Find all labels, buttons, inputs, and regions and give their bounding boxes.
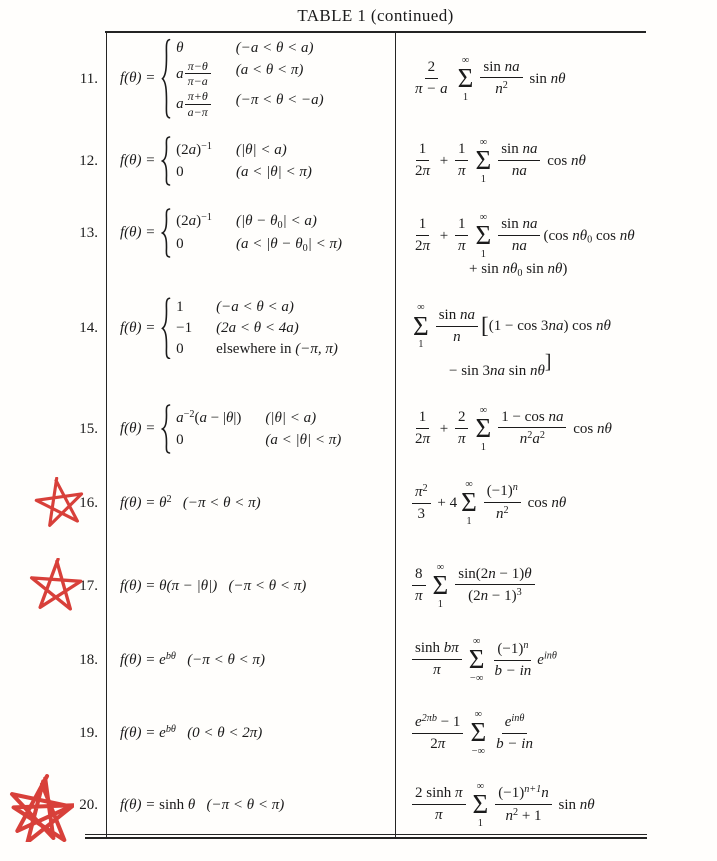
math-text: (a < |θ − θ bbox=[236, 236, 303, 252]
sum-lower-limit: 1 bbox=[481, 442, 486, 454]
superscript: n bbox=[523, 640, 528, 651]
math-text: (−1) bbox=[497, 641, 523, 657]
math-text: (−1) bbox=[498, 785, 524, 801]
superscript: 3 bbox=[517, 587, 522, 598]
math-text: n bbox=[505, 808, 513, 824]
cases: 1(−a < θ < a)−1(2a < θ < 4a)0elsewhere i… bbox=[161, 297, 338, 360]
sigma-icon: Σ bbox=[458, 66, 474, 92]
sum-lower-limit: 1 bbox=[418, 339, 423, 351]
math-text: 2 bbox=[415, 238, 423, 254]
fraction: einθb − in bbox=[493, 712, 536, 754]
math-text: n bbox=[453, 329, 461, 345]
math-text: na bbox=[512, 163, 527, 179]
math-text: nθ bbox=[596, 318, 611, 334]
case-value: (2a)−1 bbox=[176, 140, 212, 160]
function-definition-cell: f(θ) = 1(−a < θ < a)−1(2a < θ < 4a)0else… bbox=[107, 297, 395, 360]
numerator: 1 bbox=[416, 215, 430, 236]
math-text: (−a < θ < a) bbox=[216, 299, 294, 315]
math-text: cos bbox=[592, 227, 620, 243]
fraction: (−1)n+1nn2 + 1 bbox=[495, 783, 552, 826]
math-text: e bbox=[159, 725, 166, 741]
math-text: π bbox=[458, 163, 466, 179]
math-text: 0 bbox=[176, 164, 184, 180]
numerator: π+θ bbox=[185, 90, 211, 105]
numerator: 1 bbox=[416, 140, 430, 161]
math-text: (a < |θ| < π) bbox=[265, 432, 341, 448]
case-condition: (|θ| < a) bbox=[236, 140, 312, 160]
math-text: 1 − cos bbox=[501, 409, 548, 425]
math-text: (a < θ < π) bbox=[236, 62, 304, 78]
fraction: sin nana bbox=[498, 215, 540, 256]
numerator: 1 − cos na bbox=[498, 408, 566, 429]
case-value: aπ+θa−π bbox=[176, 90, 212, 120]
case-rows: θ(−a < θ < a)aπ−θπ−a(a < θ < π)aπ+θa−π(−… bbox=[176, 38, 323, 119]
row-number: 19. bbox=[0, 725, 107, 742]
math-text: nθ bbox=[580, 796, 595, 812]
superscript: −1 bbox=[201, 212, 212, 223]
bracket: ] bbox=[545, 352, 552, 373]
table-row: 17.f(θ) = θ(π − |θ|) (−π < θ < π)8π∞Σ1si… bbox=[0, 535, 717, 637]
summation: ∞Σ1 bbox=[433, 562, 449, 611]
denominator: 3 bbox=[415, 504, 429, 525]
cases-brace-icon bbox=[161, 404, 171, 454]
fraction: 8π bbox=[412, 565, 426, 606]
math-text: π bbox=[423, 163, 431, 179]
math-text: |) bbox=[233, 410, 241, 426]
math-text: − | bbox=[207, 410, 226, 426]
case-value: 1 bbox=[176, 297, 192, 317]
math-text: − 1) bbox=[488, 589, 516, 605]
math-text: π+θ bbox=[188, 89, 208, 103]
math-text: (−π < θ < π) bbox=[172, 495, 261, 511]
sigma-icon: Σ bbox=[476, 223, 492, 249]
denominator: na bbox=[509, 161, 530, 182]
scanned-table-page: TABLE 1 (continued) 11.f(θ) = θ(−a < θ <… bbox=[0, 0, 717, 861]
function-definition-cell: f(θ) = ebθ (−π < θ < π) bbox=[107, 651, 395, 669]
cases: (2a)−1(|θ − θ0| < a)0(a < |θ − θ0| < π) bbox=[161, 208, 342, 258]
fraction: 12π bbox=[412, 140, 433, 181]
superscript: −2 bbox=[184, 409, 195, 420]
math-text: + bbox=[436, 227, 452, 243]
case-value: aπ−θπ−a bbox=[176, 60, 212, 90]
sum-lower-limit: 1 bbox=[481, 174, 486, 186]
case-condition: (2a < θ < 4a) bbox=[216, 318, 338, 338]
math-text: ) cos bbox=[563, 318, 596, 334]
math-text: na bbox=[512, 238, 527, 254]
denominator: π bbox=[430, 660, 444, 681]
math-text: θ bbox=[159, 495, 166, 511]
case-condition: (−π < θ < −a) bbox=[236, 90, 324, 120]
red-star-icon bbox=[34, 477, 86, 529]
function-definition-cell: f(θ) = θ(π − |θ|) (−π < θ < π) bbox=[107, 578, 395, 595]
math-text: 2 bbox=[428, 59, 436, 75]
row-number: 14. bbox=[0, 320, 107, 337]
denominator: 2π bbox=[412, 429, 433, 450]
row-number: 18. bbox=[0, 652, 107, 669]
sum-lower-limit: 1 bbox=[481, 249, 486, 261]
fraction: (−1)nb − in bbox=[492, 639, 535, 681]
math-text: na bbox=[522, 216, 537, 232]
math-text: cos bbox=[569, 420, 597, 436]
denominator: π bbox=[432, 805, 446, 826]
case-value: 0 bbox=[176, 162, 212, 182]
fourier-series-cell: 2π − a∞Σ1sin nan2 sin nθ bbox=[395, 55, 717, 104]
case-condition: elsewhere in (−π, π) bbox=[216, 339, 338, 359]
math-text: θ bbox=[524, 566, 531, 582]
math-text: nθ bbox=[551, 494, 566, 510]
math-text: + bbox=[436, 152, 452, 168]
case-condition: (a < |θ| < π) bbox=[236, 162, 312, 182]
math-text: θ bbox=[176, 40, 183, 56]
table-row: 15.f(θ) = a−2(a − |θ|)(|θ| < a)0(a < |θ|… bbox=[0, 387, 717, 471]
math-text: 1 bbox=[419, 216, 427, 232]
denominator: 2π bbox=[427, 734, 448, 755]
math-text: π bbox=[415, 588, 423, 604]
math-text: f(θ) = bbox=[120, 578, 159, 594]
math-text: π bbox=[438, 736, 446, 752]
math-text: π bbox=[423, 238, 431, 254]
fraction: π−θπ−a bbox=[185, 60, 211, 90]
case-condition: (a < θ < π) bbox=[236, 60, 324, 90]
math-text: (0 < θ < 2π) bbox=[176, 725, 262, 741]
superscript: 2 bbox=[540, 430, 545, 441]
fourier-series-cell: π23 + 4∞Σ1(−1)nn2 cos nθ bbox=[395, 479, 717, 528]
table-row: 13.f(θ) = (2a)−1(|θ − θ0| < a)0(a < |θ −… bbox=[0, 197, 717, 269]
math-text: − 1 bbox=[437, 714, 460, 730]
denominator: π − a bbox=[412, 79, 451, 100]
denominator: n2a2 bbox=[517, 428, 548, 450]
fraction: sinh bππ bbox=[412, 639, 462, 680]
fraction: 12π bbox=[412, 408, 433, 449]
math-text: (2 bbox=[468, 589, 481, 605]
math-text: 8 bbox=[415, 566, 423, 582]
table-row: 14.f(θ) = 1(−a < θ < a)−1(2a < θ < 4a)0e… bbox=[0, 269, 717, 387]
math-text: na bbox=[460, 307, 475, 323]
case-value: a−2(a − |θ|) bbox=[176, 408, 241, 428]
numerator: 2 bbox=[455, 408, 469, 429]
math-text: nθ bbox=[620, 227, 635, 243]
function-definition-cell: f(θ) = ebθ (0 < θ < 2π) bbox=[107, 724, 395, 742]
denominator: 2π bbox=[412, 161, 433, 182]
denominator: π bbox=[412, 586, 426, 607]
case-condition: (|θ| < a) bbox=[265, 408, 341, 428]
case-value: −1 bbox=[176, 318, 192, 338]
math-text: 3 bbox=[418, 506, 426, 522]
math-text: n bbox=[496, 506, 504, 522]
sum-lower-limit: −∞ bbox=[472, 746, 485, 758]
math-text: f(θ) = bbox=[120, 797, 159, 813]
denominator: n2 bbox=[493, 503, 512, 525]
case-rows: (2a)−1(|θ| < a)0(a < |θ| < π) bbox=[176, 140, 312, 182]
fraction: 2π − a bbox=[412, 58, 451, 99]
summation: ∞Σ1 bbox=[458, 55, 474, 104]
math-text: (−π, π) bbox=[295, 341, 338, 357]
denominator: n2 + 1 bbox=[502, 805, 544, 827]
denominator: π−a bbox=[185, 74, 211, 89]
sigma-icon: Σ bbox=[469, 647, 485, 673]
numerator: 2 bbox=[425, 58, 439, 79]
math-text: f(θ) = bbox=[120, 224, 159, 240]
denominator: n2 bbox=[492, 78, 511, 100]
function-definition-cell: f(θ) = θ(−a < θ < a)aπ−θπ−a(a < θ < π)aπ… bbox=[107, 38, 395, 119]
math-text: b − in bbox=[495, 663, 532, 679]
math-text: n bbox=[481, 589, 489, 605]
case-condition: (a < |θ − θ0| < π) bbox=[236, 234, 342, 256]
case-condition: (−a < θ < a) bbox=[236, 38, 324, 58]
summation: ∞Σ−∞ bbox=[470, 709, 486, 758]
numerator: 2 sinh π bbox=[412, 784, 466, 805]
math-text: nθ bbox=[571, 152, 586, 168]
math-text: sin bbox=[505, 363, 530, 379]
function-definition-cell: f(θ) = (2a)−1(|θ − θ0| < a)0(a < |θ − θ0… bbox=[107, 208, 395, 258]
math-text: (−a < θ < a) bbox=[236, 40, 314, 56]
math-text: + 1 bbox=[518, 808, 541, 824]
summation: ∞Σ1 bbox=[413, 302, 429, 351]
summation: ∞Σ1 bbox=[461, 479, 477, 528]
case-rows: (2a)−1(|θ − θ0| < a)0(a < |θ − θ0| < π) bbox=[176, 211, 342, 255]
numerator: 1 bbox=[455, 215, 469, 236]
superscript: inθ bbox=[511, 713, 524, 724]
math-text: (cos bbox=[543, 227, 572, 243]
math-text: + 4 bbox=[434, 494, 457, 510]
sigma-icon: Σ bbox=[461, 490, 477, 516]
math-text: π bbox=[423, 431, 431, 447]
math-text: 2 sinh bbox=[415, 785, 455, 801]
numerator: 8 bbox=[412, 565, 426, 586]
denominator: 2π bbox=[412, 236, 433, 257]
table-bottom-rule-thick bbox=[85, 837, 647, 839]
math-text: 0 bbox=[176, 432, 184, 448]
math-text: a bbox=[176, 410, 184, 426]
sigma-icon: Σ bbox=[433, 573, 449, 599]
fraction: 1π bbox=[455, 140, 469, 181]
cases-brace-icon bbox=[161, 208, 171, 258]
fraction: π+θa−π bbox=[185, 90, 211, 120]
math-text: (2 bbox=[176, 213, 189, 229]
math-text: f(θ) = bbox=[120, 70, 159, 86]
sum-lower-limit: 1 bbox=[478, 818, 483, 830]
math-text: 1 bbox=[458, 216, 466, 232]
math-text: (−π < θ < −a) bbox=[236, 92, 324, 108]
math-text: − 1) bbox=[496, 566, 524, 582]
cases-brace-icon bbox=[161, 136, 171, 186]
math-text: (|θ| < a) bbox=[265, 410, 316, 426]
math-text: | < π) bbox=[308, 236, 342, 252]
math-text: f(θ) = bbox=[120, 152, 159, 168]
math-text: π bbox=[433, 662, 441, 678]
math-text: sinh bbox=[415, 640, 444, 656]
numerator: sin na bbox=[498, 140, 540, 161]
cases: a−2(a − |θ|)(|θ| < a)0(a < |θ| < π) bbox=[161, 404, 341, 454]
math-text: a bbox=[200, 410, 208, 426]
superscript: n bbox=[513, 482, 518, 493]
case-value: θ bbox=[176, 38, 212, 58]
case-condition: (|θ − θ0| < a) bbox=[236, 211, 342, 233]
numerator: 1 bbox=[455, 140, 469, 161]
superscript: 2 bbox=[423, 483, 428, 494]
red-star-icon bbox=[28, 558, 84, 614]
sum-lower-limit: 1 bbox=[463, 92, 468, 104]
table-row: 20.f(θ) = sinh θ (−π < θ < π)2 sinh ππ∞Σ… bbox=[0, 770, 717, 840]
math-text: 1 bbox=[419, 409, 427, 425]
fraction: e2πb − 12π bbox=[412, 712, 463, 754]
math-text: 1 bbox=[176, 299, 184, 315]
math-text: 2 bbox=[415, 163, 423, 179]
math-text: π bbox=[415, 484, 423, 500]
fraction: sin nana bbox=[498, 140, 540, 181]
page-title: TABLE 1 (continued) bbox=[105, 6, 646, 26]
table-row: 12.f(θ) = (2a)−1(|θ| < a)0(a < |θ| < π)1… bbox=[0, 125, 717, 197]
math-text: (|θ| < a) bbox=[236, 142, 287, 158]
superscript: bθ bbox=[166, 724, 176, 735]
math-text: sin(2 bbox=[458, 566, 488, 582]
fourier-series-cell: 12π + 1π∞Σ1sin nana cos nθ bbox=[395, 137, 717, 186]
numerator: sin na bbox=[436, 306, 478, 327]
math-text: 2 bbox=[458, 409, 466, 425]
math-text: n bbox=[488, 566, 496, 582]
math-text: π bbox=[458, 431, 466, 447]
fraction: 12π bbox=[412, 215, 433, 256]
table-bottom-rule-thin bbox=[85, 834, 647, 835]
math-text: (−π < θ < π) bbox=[176, 652, 265, 668]
sigma-icon: Σ bbox=[473, 792, 489, 818]
sigma-icon: Σ bbox=[476, 416, 492, 442]
table-row: 19.f(θ) = ebθ (0 < θ < 2π)e2πb − 12π∞Σ−∞… bbox=[0, 696, 717, 770]
numerator: 1 bbox=[416, 408, 430, 429]
math-text: a bbox=[176, 66, 184, 82]
numerator: (−1)n+1n bbox=[495, 783, 552, 805]
math-text: bπ bbox=[444, 640, 459, 656]
summation: ∞Σ1 bbox=[476, 137, 492, 186]
fraction: (−1)nn2 bbox=[484, 481, 521, 524]
math-text: e bbox=[537, 651, 544, 667]
math-text: b − in bbox=[496, 736, 533, 752]
numerator: (−1)n bbox=[484, 481, 521, 503]
denominator: (2n − 1)3 bbox=[465, 585, 525, 607]
case-condition: (−a < θ < a) bbox=[216, 297, 338, 317]
fraction: 1 − cos nan2a2 bbox=[498, 408, 566, 450]
summation: ∞Σ1 bbox=[476, 212, 492, 261]
math-text: (2a < θ < 4a) bbox=[216, 320, 299, 336]
numerator: e2πb − 1 bbox=[412, 712, 463, 734]
cases-brace-icon bbox=[161, 38, 171, 119]
math-text: a−π bbox=[188, 105, 208, 119]
math-text: sinh bbox=[159, 797, 188, 813]
math-text: π bbox=[435, 807, 443, 823]
math-text: (1 − cos 3 bbox=[489, 318, 549, 334]
denominator: π bbox=[455, 236, 469, 257]
math-text: na bbox=[505, 59, 520, 75]
fraction: sin nan2 bbox=[480, 58, 522, 100]
numerator: sin na bbox=[480, 58, 522, 79]
denominator: b − in bbox=[493, 734, 536, 755]
summation: ∞Σ−∞ bbox=[469, 636, 485, 685]
math-text: (2 bbox=[176, 142, 189, 158]
cases: (2a)−1(|θ| < a)0(a < |θ| < π) bbox=[161, 136, 312, 186]
math-text: na bbox=[490, 363, 505, 379]
fraction: 1π bbox=[455, 215, 469, 256]
superscript: inθ bbox=[544, 650, 557, 661]
math-text: nθ bbox=[530, 363, 545, 379]
math-text: cos bbox=[543, 152, 571, 168]
math-text: n bbox=[541, 785, 549, 801]
sum-lower-limit: 1 bbox=[466, 516, 471, 528]
row-number: 12. bbox=[0, 153, 107, 170]
sigma-icon: Σ bbox=[476, 148, 492, 174]
fourier-series-cell: 12π + 2π∞Σ11 − cos nan2a2 cos nθ bbox=[395, 405, 717, 454]
math-text: a bbox=[176, 96, 184, 112]
math-text: sin bbox=[526, 70, 551, 86]
math-text: f(θ) = bbox=[120, 420, 159, 436]
case-value: 0 bbox=[176, 430, 241, 450]
math-text: sin bbox=[501, 141, 522, 157]
math-text: na bbox=[522, 141, 537, 157]
math-text: π−θ bbox=[188, 59, 208, 73]
case-value: 0 bbox=[176, 234, 212, 256]
math-text: f(θ) = bbox=[120, 652, 159, 668]
superscript: bθ bbox=[166, 651, 176, 662]
fraction: π23 bbox=[412, 482, 431, 524]
numerator: π−θ bbox=[185, 60, 211, 75]
sigma-icon: Σ bbox=[413, 314, 429, 340]
math-text: + bbox=[436, 420, 452, 436]
superscript: 2 bbox=[504, 505, 509, 516]
numerator: π2 bbox=[412, 482, 431, 504]
math-text: 1 bbox=[458, 141, 466, 157]
numerator: einθ bbox=[502, 712, 528, 734]
superscript: 2πb bbox=[422, 713, 437, 724]
fourier-series-cell: e2πb − 12π∞Σ−∞einθb − in bbox=[395, 709, 717, 758]
numerator: sinh bπ bbox=[412, 639, 462, 660]
math-text: f(θ) = bbox=[120, 725, 159, 741]
math-text: f(θ) = bbox=[120, 319, 159, 335]
math-text: | < a) bbox=[283, 213, 317, 229]
math-text: sin bbox=[483, 59, 504, 75]
math-text: (a < |θ| < π) bbox=[236, 164, 312, 180]
fourier-series-cell: 2 sinh ππ∞Σ1(−1)n+1nn2 + 1 sin nθ bbox=[395, 781, 717, 830]
denominator: π bbox=[455, 161, 469, 182]
function-definition-cell: f(θ) = θ2 (−π < θ < π) bbox=[107, 494, 395, 512]
math-text: 0 bbox=[176, 236, 184, 252]
math-text: e bbox=[159, 652, 166, 668]
math-text: π − a bbox=[415, 81, 448, 97]
numerator: (−1)n bbox=[494, 639, 531, 661]
function-definition-cell: f(θ) = sinh θ (−π < θ < π) bbox=[107, 797, 395, 814]
math-text: a bbox=[532, 432, 540, 448]
fraction: 2π bbox=[455, 408, 469, 449]
math-text: sin bbox=[555, 796, 580, 812]
case-rows: 1(−a < θ < a)−1(2a < θ < 4a)0elsewhere i… bbox=[176, 297, 338, 360]
math-text: na bbox=[548, 409, 563, 425]
fourier-series-cell: sinh bππ∞Σ−∞(−1)nb − ineinθ bbox=[395, 636, 717, 685]
math-text: nθ bbox=[551, 70, 566, 86]
math-text: na bbox=[548, 318, 563, 334]
fraction: sin nan bbox=[436, 306, 478, 347]
math-text: 2 bbox=[430, 736, 438, 752]
math-text: (−1) bbox=[487, 483, 513, 499]
denominator: b − in bbox=[492, 661, 535, 682]
table-row: 18.f(θ) = ebθ (−π < θ < π)sinh bππ∞Σ−∞(−… bbox=[0, 624, 717, 696]
case-condition: (a < |θ| < π) bbox=[265, 430, 341, 450]
fourier-series-cell: ∞Σ1sin nan[(1 − cos 3na) cos nθ− sin 3na… bbox=[395, 302, 717, 380]
red-star-icon bbox=[6, 774, 74, 842]
superscript: −1 bbox=[201, 141, 212, 152]
math-text: − sin 3 bbox=[449, 363, 490, 379]
math-text: π bbox=[455, 785, 463, 801]
table-row: 11.f(θ) = θ(−a < θ < a)aπ−θπ−a(a < θ < π… bbox=[0, 33, 717, 125]
fourier-series-cell: 8π∞Σ1sin(2n − 1)θ(2n − 1)3 bbox=[395, 562, 717, 611]
math-text: sin bbox=[439, 307, 460, 323]
